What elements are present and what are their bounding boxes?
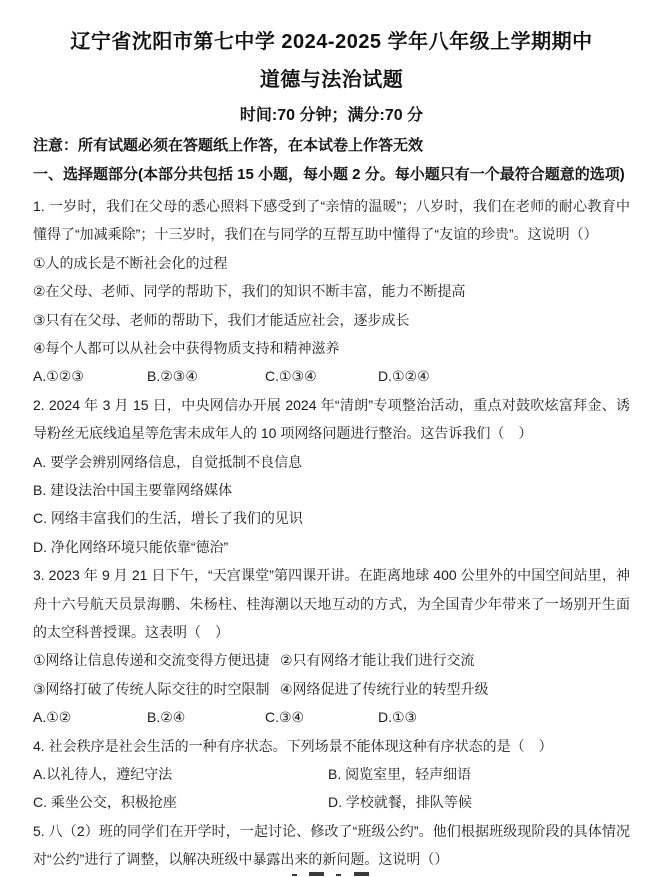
q1-options-row: A.①②③ B.②③④ C.①③④ D.①②④ [33, 362, 630, 390]
q4-stem: 4. 社会秩序是社会生活的一种有序状态。下列场景不能体现这种有序状态的是（ ） [33, 732, 630, 760]
q2-option-b: B. 建设法治中国主要靠网络媒体 [33, 476, 630, 504]
q3-options-row: A.①② B.②④ C.③④ D.①③ [33, 703, 630, 731]
q1-option-c: C.①③④ [265, 362, 317, 390]
q4-option-c: C. 乘坐公交，积极抢座 [33, 788, 177, 816]
q1-statement-2: ②在父母、老师、同学的帮助下，我们的知识不断丰富，能力不断提高 [33, 277, 630, 305]
q4-options-row-1: A.以礼待人，遵纪守法 B. 阅览室里，轻声细语 [33, 760, 630, 788]
q2-option-d: D. 净化网络环境只能依靠“德治” [33, 533, 630, 561]
q3-option-c: C.③④ [265, 703, 304, 731]
cut-off-text-fragment [292, 874, 297, 876]
q1-statement-1: ①人的成长是不断社会化的过程 [33, 249, 630, 277]
q1-option-a: A.①②③ [33, 362, 84, 390]
q3-statement-2: ②只有网络才能让我们进行交流 [280, 646, 475, 674]
q4-option-d: D. 学校就餐，排队等候 [328, 788, 472, 816]
section-heading: 一、选择题部分(本部分共包括 15 小题，每小题 2 分。每小题只有一个最符合题… [33, 164, 630, 186]
q3-stem: 3. 2023 年 9 月 21 日下午，“天宫课堂”第四课开讲。在距离地球 4… [33, 561, 630, 646]
cut-off-next-line [0, 870, 663, 877]
q3-option-d: D.①③ [378, 703, 417, 731]
cut-off-text-fragment [336, 874, 341, 876]
cut-off-text-fragment [354, 872, 369, 876]
q1-option-d: D.①②④ [378, 362, 430, 390]
q1-stem: 1. 一岁时，我们在父母的悉心照料下感受到了“亲情的温暖”；八岁时，我们在老师的… [33, 192, 630, 249]
q1-statement-4: ④每个人都可以从社会中获得物质支持和精神滋养 [33, 334, 630, 362]
q3-option-b: B.②④ [147, 703, 185, 731]
q2-stem: 2. 2024 年 3 月 15 日，中央网信办开展 2024 年“清朗”专项整… [33, 391, 630, 448]
q4-options-row-2: C. 乘坐公交，积极抢座 D. 学校就餐，排队等候 [33, 788, 630, 816]
q3-statements-row-2: ③网络打破了传统人际交往的时空限制 ④网络促进了传统行业的转型升级 [33, 675, 630, 703]
q2-option-a: A. 要学会辨别网络信息，自觉抵制不良信息 [33, 448, 630, 476]
exam-notice: 注意：所有试题必须在答题纸上作答，在本试卷上作答无效 [33, 135, 630, 157]
q3-statement-3: ③网络打破了传统人际交往的时空限制 [33, 675, 270, 703]
q3-statement-1: ①网络让信息传递和交流变得方便迅捷 [33, 646, 270, 674]
q3-statements-row-1: ①网络让信息传递和交流变得方便迅捷 ②只有网络才能让我们进行交流 [33, 646, 630, 674]
cut-off-text-fragment [309, 872, 324, 876]
q1-statement-3: ③只有在父母、老师的帮助下，我们才能适应社会，逐步成长 [33, 306, 630, 334]
exam-paper-page: 辽宁省沈阳市第七中学 2024-2025 学年八年级上学期期中 道德与法治试题 … [0, 0, 663, 877]
exam-title-line2: 道德与法治试题 [33, 68, 630, 92]
q4-option-b: B. 阅览室里，轻声细语 [328, 760, 471, 788]
q1-option-b: B.②③④ [147, 362, 198, 390]
q4-option-a: A.以礼待人，遵纪守法 [33, 760, 172, 788]
q3-statement-4: ④网络促进了传统行业的转型升级 [280, 675, 489, 703]
q5-stem: 5. 八（2）班的同学们在开学时，一起讨论、修改了“班级公约”。他们根据班级现阶… [33, 817, 630, 874]
exam-time-score: 时间:70 分钟；满分:70 分 [33, 105, 630, 126]
q3-option-a: A.①② [33, 703, 71, 731]
q2-option-c: C. 网络丰富我们的生活，增长了我们的见识 [33, 504, 630, 532]
exam-title-line1: 辽宁省沈阳市第七中学 2024-2025 学年八年级上学期期中 [33, 30, 630, 54]
questions-area: 1. 一岁时，我们在父母的悉心照料下感受到了“亲情的温暖”；八岁时，我们在老师的… [33, 192, 630, 874]
